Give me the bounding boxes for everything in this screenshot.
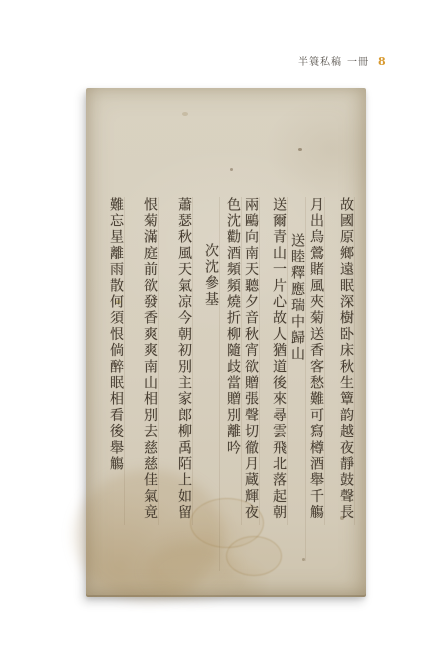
volume-label: 一冊: [347, 53, 369, 68]
manuscript-text-block: 故國原鄉遠眠深樹卧床秋生簟韵越夜靜鼓聲長 月出烏鶯賭風夾菊送香客愁難可寫樽酒舉千…: [107, 197, 355, 525]
manuscript-column: 蕭瑟秋風天氣凉今朝初別主家郎柳禹陌上如留: [175, 197, 193, 525]
poem-title-column: 次沈參基: [202, 197, 220, 571]
poem-title-column: 送睦釋應瑞中歸山: [288, 197, 306, 561]
manuscript-column: 兩鷗向南天聽夕音秋宵欲贈張聲切徹月蔵輝夜: [242, 197, 260, 525]
manuscript-column: 難忘星離雨散何須恨倘醉眠相看後舉觴: [107, 197, 125, 525]
paper-speck: [230, 168, 233, 171]
manuscript-column: 送爾青山一片心故人猶道後來尋雲飛北落起朝: [270, 197, 288, 525]
page-number: 8: [378, 55, 386, 68]
manuscript-paper: 故國原鄉遠眠深樹卧床秋生簟韵越夜靜鼓聲長 月出烏鶯賭風夾菊送香客愁難可寫樽酒舉千…: [86, 88, 366, 597]
catalog-title: 半簑私稿: [298, 53, 342, 68]
paper-stain: [226, 536, 282, 576]
paper-speck: [182, 112, 188, 116]
manuscript-column: 故國原鄉遠眠深樹卧床秋生簟韵越夜靜鼓聲長: [337, 197, 355, 525]
manuscript-column: 恨菊滿庭前欲發香爽爽南山相別去慈慈佳氣竟: [141, 197, 159, 525]
manuscript-column: 色沈勸酒頻頻燒折柳隨歧當贈別離吟: [224, 197, 242, 525]
scan-header: 半簑私稿 一冊 8: [298, 53, 428, 68]
manuscript-column: 月出烏鶯賭風夾菊送香客愁難可寫樽酒舉千觴: [307, 197, 325, 525]
paper-speck: [298, 148, 302, 151]
paper-stain: [146, 543, 236, 598]
